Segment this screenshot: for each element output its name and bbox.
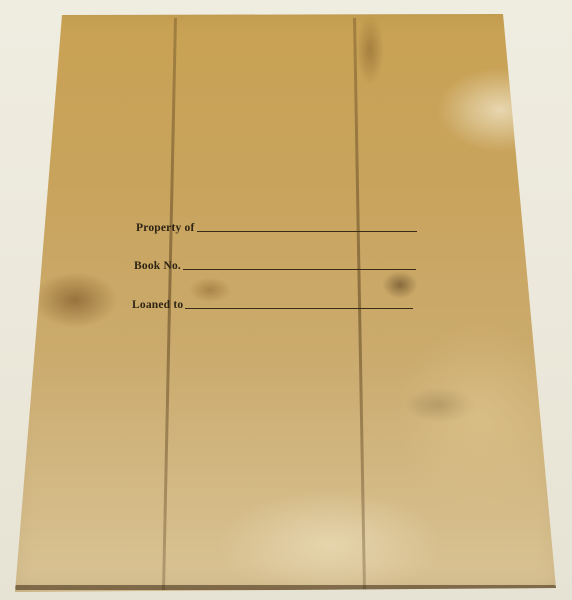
- book-no-blank-line: [183, 269, 416, 270]
- cover-bottom-edge: [15, 585, 556, 590]
- loaned-to-label: Loaned to: [132, 299, 183, 311]
- property-of-field: Property of: [136, 222, 417, 234]
- loaned-to-field: Loaned to: [132, 299, 413, 311]
- loaned-to-blank-line: [185, 308, 413, 309]
- property-of-label: Property of: [136, 222, 195, 234]
- property-of-blank-line: [197, 231, 417, 232]
- book-no-field: Book No.: [134, 260, 416, 272]
- book-no-label: Book No.: [134, 260, 181, 272]
